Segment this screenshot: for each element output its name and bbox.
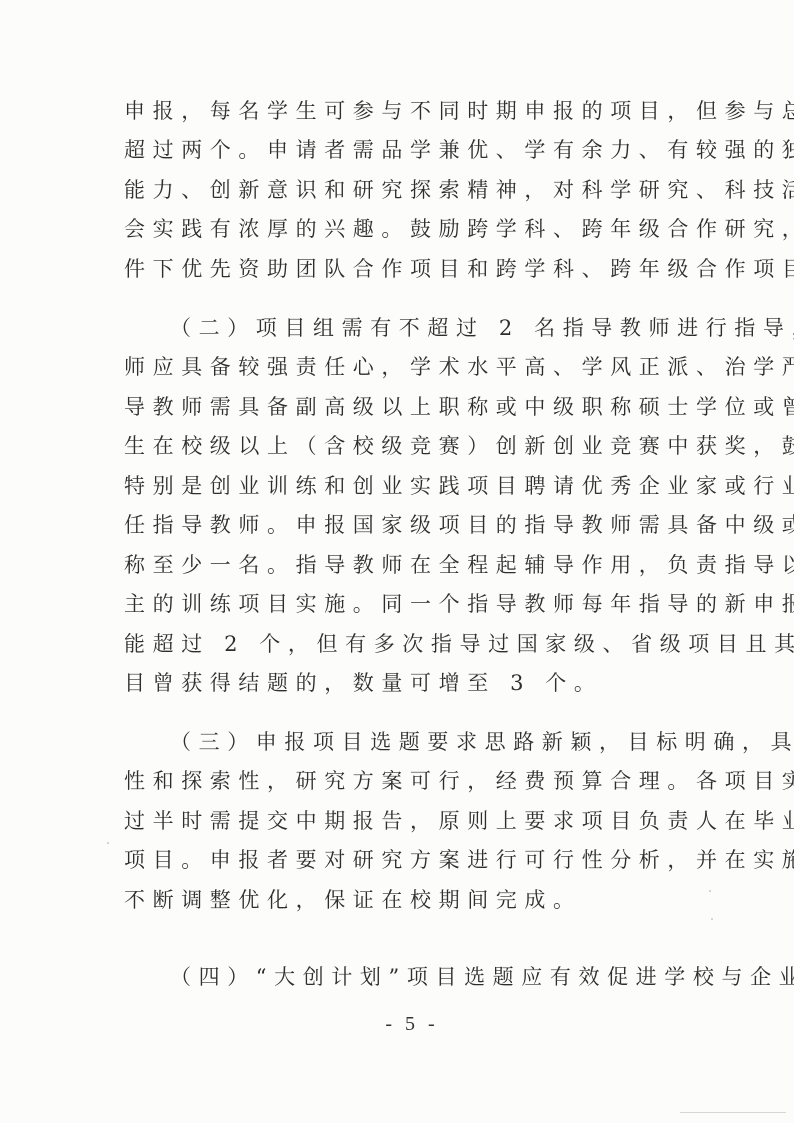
scan-speck	[107, 842, 109, 844]
text-line: 项目。申报者要对研究方案进行可行性分析，并在实施过程中	[124, 845, 700, 875]
text-line: 师应具备较强责任心，学术水平高、学风正派、治学严谨。指	[124, 352, 700, 382]
text-line: （四）“大创计划”项目选题应有效促进学校与企业、理论	[170, 962, 700, 992]
text-line: 特别是创业训练和创业实践项目聘请优秀企业家或行业专家担	[124, 471, 700, 501]
text-line: 导教师需具备副高级以上职称或中级职称硕士学位或曾指导学	[124, 392, 700, 422]
text-line: （二）项目组需有不超过 2 名指导教师进行指导，指导教	[170, 313, 700, 343]
scan-edge-line	[680, 1112, 786, 1113]
text-line: 任指导教师。申报国家级项目的指导教师需具备中级或以上职	[124, 510, 700, 540]
scan-speck	[711, 918, 713, 920]
text-line: 目曾获得结题的，数量可增至 3 个。	[124, 668, 700, 698]
text-line: 性和探索性，研究方案可行，经费预算合理。各项目实施时间	[124, 766, 700, 796]
text-line: 生在校级以上（含校级竞赛）创新创业竞赛中获奖，鼓励项目	[124, 431, 700, 461]
text-line: 不断调整优化，保证在校期间完成。	[124, 885, 700, 915]
text-line: （三）申报项目选题要求思路新颖，目标明确，具有创新	[170, 727, 700, 757]
text-line: 能超过 2 个，但有多次指导过国家级、省级项目且其所指导项	[124, 629, 700, 659]
text-line: 过半时需提交中期报告，原则上要求项目负责人在毕业前完成	[124, 806, 700, 836]
text-line: 申报，每名学生可参与不同时期申报的项目，但参与总数不得	[124, 96, 700, 126]
scan-speck	[709, 890, 711, 892]
text-line: 会实践有浓厚的兴趣。鼓励跨学科、跨年级合作研究，同等条	[124, 214, 700, 244]
text-line: 称至少一名。指导教师在全程起辅导作用，负责指导以学生为	[124, 550, 700, 580]
text-line: 能力、创新意识和研究探索精神，对科学研究、科技活动或社	[124, 175, 700, 205]
document-page: 申报，每名学生可参与不同时期申报的项目，但参与总数不得 超过两个。申请者需品学兼…	[0, 0, 794, 1123]
text-line: 件下优先资助团队合作项目和跨学科、跨年级合作项目。	[124, 254, 700, 284]
text-line: 超过两个。申请者需品学兼优、学有余力、有较强的独立思考	[124, 135, 700, 165]
text-line: 主的训练项目实施。同一个指导教师每年指导的新申报项目不	[124, 589, 700, 619]
page-number: - 5 -	[347, 1010, 477, 1038]
